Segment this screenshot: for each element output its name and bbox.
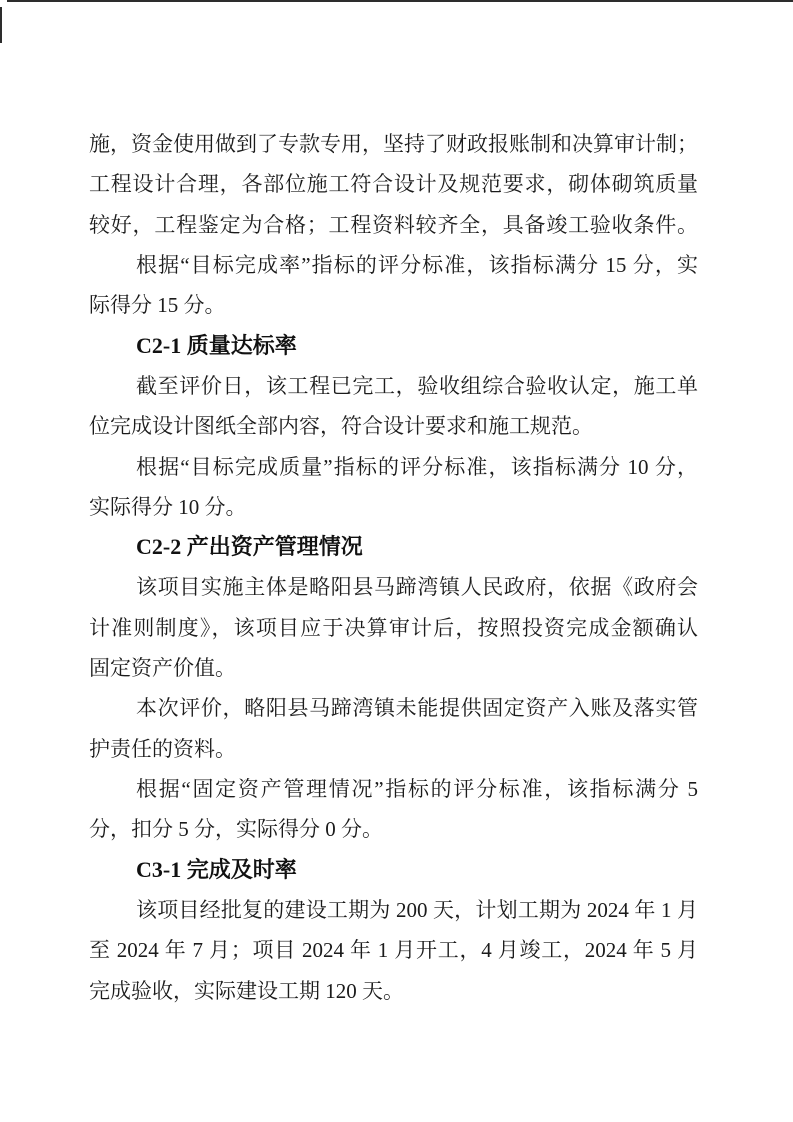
paragraph: 该项目实施主体是略阳县马蹄湾镇人民政府，依据《政府会 计准则制度》，该项目应于决… — [89, 567, 698, 688]
text-line: 计准则制度》，该项目应于决算审计后，按照投资完成金额确认 — [89, 608, 698, 648]
text-line: 固定资产价值。 — [89, 648, 698, 688]
paragraph: 本次评价，略阳县马蹄湾镇未能提供固定资产入账及落实管 护责任的资料。 — [89, 688, 698, 769]
paragraph: 该项目经批复的建设工期为 200 天，计划工期为 2024 年 1 月 至 20… — [89, 890, 698, 1011]
text-line: 根据“固定资产管理情况”指标的评分标准，该指标满分 5 — [89, 769, 698, 809]
text-line: 护责任的资料。 — [89, 729, 698, 769]
section-heading-c3-1: C3-1 完成及时率 — [89, 850, 698, 890]
text-line: 截至评价日，该工程已完工，验收组综合验收认定，施工单 — [89, 366, 698, 406]
text-line: 位完成设计图纸全部内容，符合设计要求和施工规范。 — [89, 406, 698, 446]
scan-edge-left-line — [0, 7, 2, 43]
text-line: 较好，工程鉴定为合格；工程资料较齐全，具备竣工验收条件。 — [89, 205, 698, 245]
paragraph: 根据“固定资产管理情况”指标的评分标准，该指标满分 5 分，扣分 5 分，实际得… — [89, 769, 698, 850]
section-heading-text: C2-2 产出资产管理情况 — [89, 527, 698, 567]
text-line: 完成验收，实际建设工期 120 天。 — [89, 971, 698, 1011]
text-line: 工程设计合理，各部位施工符合设计及规范要求，砌体砌筑质量 — [89, 164, 698, 204]
text-line: 本次评价，略阳县马蹄湾镇未能提供固定资产入账及落实管 — [89, 688, 698, 728]
section-heading-text: C3-1 完成及时率 — [89, 850, 698, 890]
scan-edge-top-line — [7, 0, 793, 2]
text-line: 根据“目标完成率”指标的评分标准，该指标满分 15 分，实 — [89, 245, 698, 285]
paragraph: 根据“目标完成率”指标的评分标准，该指标满分 15 分，实 际得分 15 分。 — [89, 245, 698, 326]
text-line: 该项目实施主体是略阳县马蹄湾镇人民政府，依据《政府会 — [89, 567, 698, 607]
text-line: 根据“目标完成质量”指标的评分标准，该指标满分 10 分， — [89, 447, 698, 487]
text-line: 该项目经批复的建设工期为 200 天，计划工期为 2024 年 1 月 — [89, 890, 698, 930]
text-line: 实际得分 10 分。 — [89, 487, 698, 527]
paragraph: 根据“目标完成质量”指标的评分标准，该指标满分 10 分， 实际得分 10 分。 — [89, 447, 698, 528]
section-heading-text: C2-1 质量达标率 — [89, 326, 698, 366]
section-heading-c2-2: C2-2 产出资产管理情况 — [89, 527, 698, 567]
document-text-block: 施，资金使用做到了专款专用，坚持了财政报账制和决算审计制； 工程设计合理，各部位… — [89, 124, 698, 1011]
document-page: 施，资金使用做到了专款专用，坚持了财政报账制和决算审计制； 工程设计合理，各部位… — [0, 0, 793, 1122]
text-line: 施，资金使用做到了专款专用，坚持了财政报账制和决算审计制； — [89, 124, 698, 164]
paragraph: 截至评价日，该工程已完工，验收组综合验收认定，施工单 位完成设计图纸全部内容，符… — [89, 366, 698, 447]
section-heading-c2-1: C2-1 质量达标率 — [89, 326, 698, 366]
text-line: 至 2024 年 7 月；项目 2024 年 1 月开工，4 月竣工，2024 … — [89, 930, 698, 970]
text-line: 分，扣分 5 分，实际得分 0 分。 — [89, 809, 698, 849]
paragraph: 施，资金使用做到了专款专用，坚持了财政报账制和决算审计制； 工程设计合理，各部位… — [89, 124, 698, 245]
text-line: 际得分 15 分。 — [89, 285, 698, 325]
